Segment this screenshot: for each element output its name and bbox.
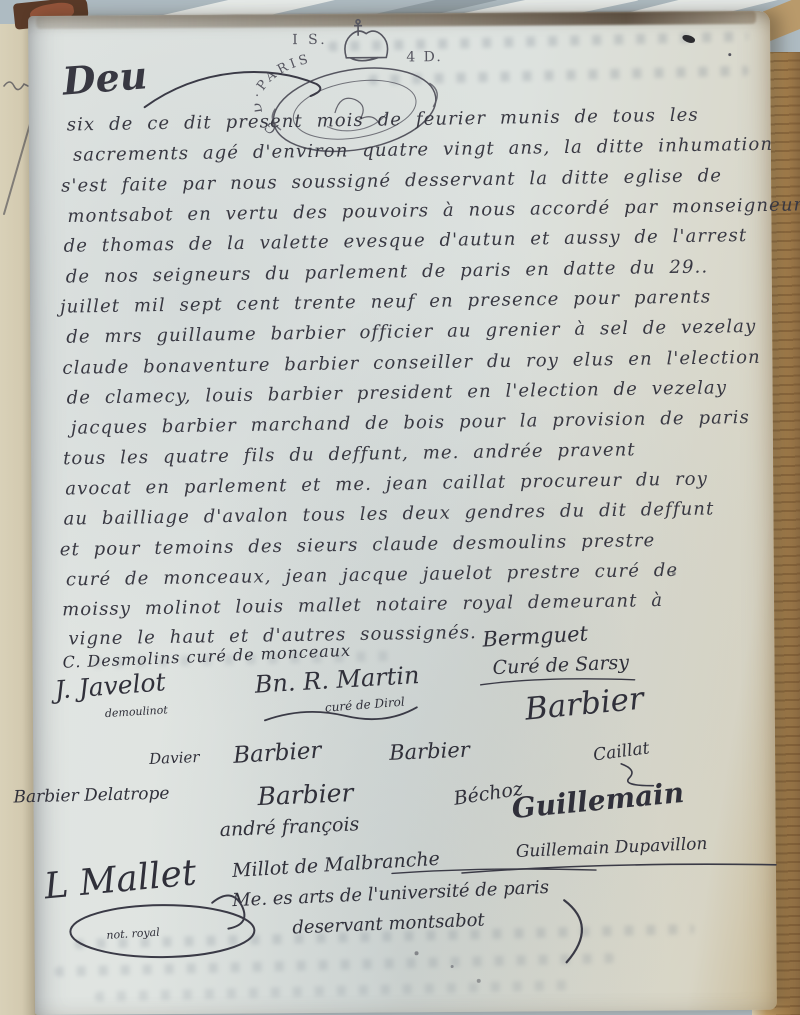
signature-javelot: J. Javelot xyxy=(54,667,167,704)
manuscript-line: de nos seigneurs du parlement de paris e… xyxy=(66,256,709,287)
stamp-right-text: 4 D. xyxy=(406,49,443,65)
signature-guillemain-dupavillon: Guillemain Dupavillon xyxy=(515,834,707,862)
manuscript-line: de thomas de la valette evesque d'autun … xyxy=(63,225,747,257)
caillat-paraph xyxy=(617,760,657,790)
signature-davier: Davier xyxy=(149,748,200,768)
photo-scene: I S. 4 D. G·D·PARIS xyxy=(0,0,800,1015)
ink-speck xyxy=(415,951,419,955)
manuscript-line: moissy molinot louis mallet notaire roya… xyxy=(62,590,663,620)
signature-barbier-delatrope: Barbier Delatrope xyxy=(13,784,170,808)
signature-barbier-2: Barbier xyxy=(232,738,322,769)
manuscript-line: montsabot en vertu des pouvoirs à nous a… xyxy=(67,194,800,227)
signature-martin: Bn. R. Martin xyxy=(254,661,420,699)
manuscript-line: curé de monceaux, jean jacque jauelot pr… xyxy=(66,560,679,591)
manuscript-line: au bailliage d'avalon tous les deux gend… xyxy=(63,498,714,529)
ink-speck xyxy=(728,53,731,56)
bleedthrough xyxy=(95,980,575,1002)
mallet-loop-flourish xyxy=(62,890,262,961)
signature-millot-title: Me. es arts de l'université de paris xyxy=(232,877,550,911)
ink-speck xyxy=(477,979,481,983)
manuscript-line: de mrs guillaume barbier officier au gre… xyxy=(66,316,756,348)
manuscript-line: avocat en parlement et me. jean caillat … xyxy=(65,468,708,499)
signature-barbier-3: Barbier xyxy=(389,738,471,765)
manuscript-line: de clamecy, louis barbier president en l… xyxy=(67,377,728,408)
signature-andre-francois: andré françois xyxy=(219,813,359,841)
manuscript-line: claude bonaventure barbier conseiller du… xyxy=(62,347,761,379)
manuscript-line: jacques barbier marchand de bois pour la… xyxy=(71,407,750,439)
crown-icon xyxy=(345,19,388,60)
manuscript-line: juillet mil sept cent trente neuf en pre… xyxy=(60,286,712,317)
ink-speck xyxy=(672,571,676,575)
signature-bermguet: Bermguet xyxy=(482,621,589,651)
signature-barbier-4: Barbier xyxy=(257,778,354,811)
sarsy-underline xyxy=(479,674,639,689)
millot-dash xyxy=(390,864,600,879)
manuscript-line: et pour temoins des sieurs claude desmou… xyxy=(60,530,656,560)
signature-guillemain-flourish: Guillemain xyxy=(510,776,685,825)
stamp-left-text: I S. xyxy=(292,32,328,48)
manuscript-page: I S. 4 D. G·D·PARIS xyxy=(28,11,777,1015)
signature-javelot-title: demoulinot xyxy=(105,703,169,720)
opening-word: Deu xyxy=(61,52,149,103)
martin-underline-flourish xyxy=(261,701,421,726)
ink-speck xyxy=(451,965,454,968)
manuscript-line: tous les quatre fils du deffunt, me. and… xyxy=(63,439,636,469)
manuscript-line: sacrements agé d'environ quatre vingt an… xyxy=(73,134,773,166)
manuscript-line: s'est faite par nous soussigné desservan… xyxy=(61,165,722,196)
closing-bracket-flourish xyxy=(554,896,604,966)
